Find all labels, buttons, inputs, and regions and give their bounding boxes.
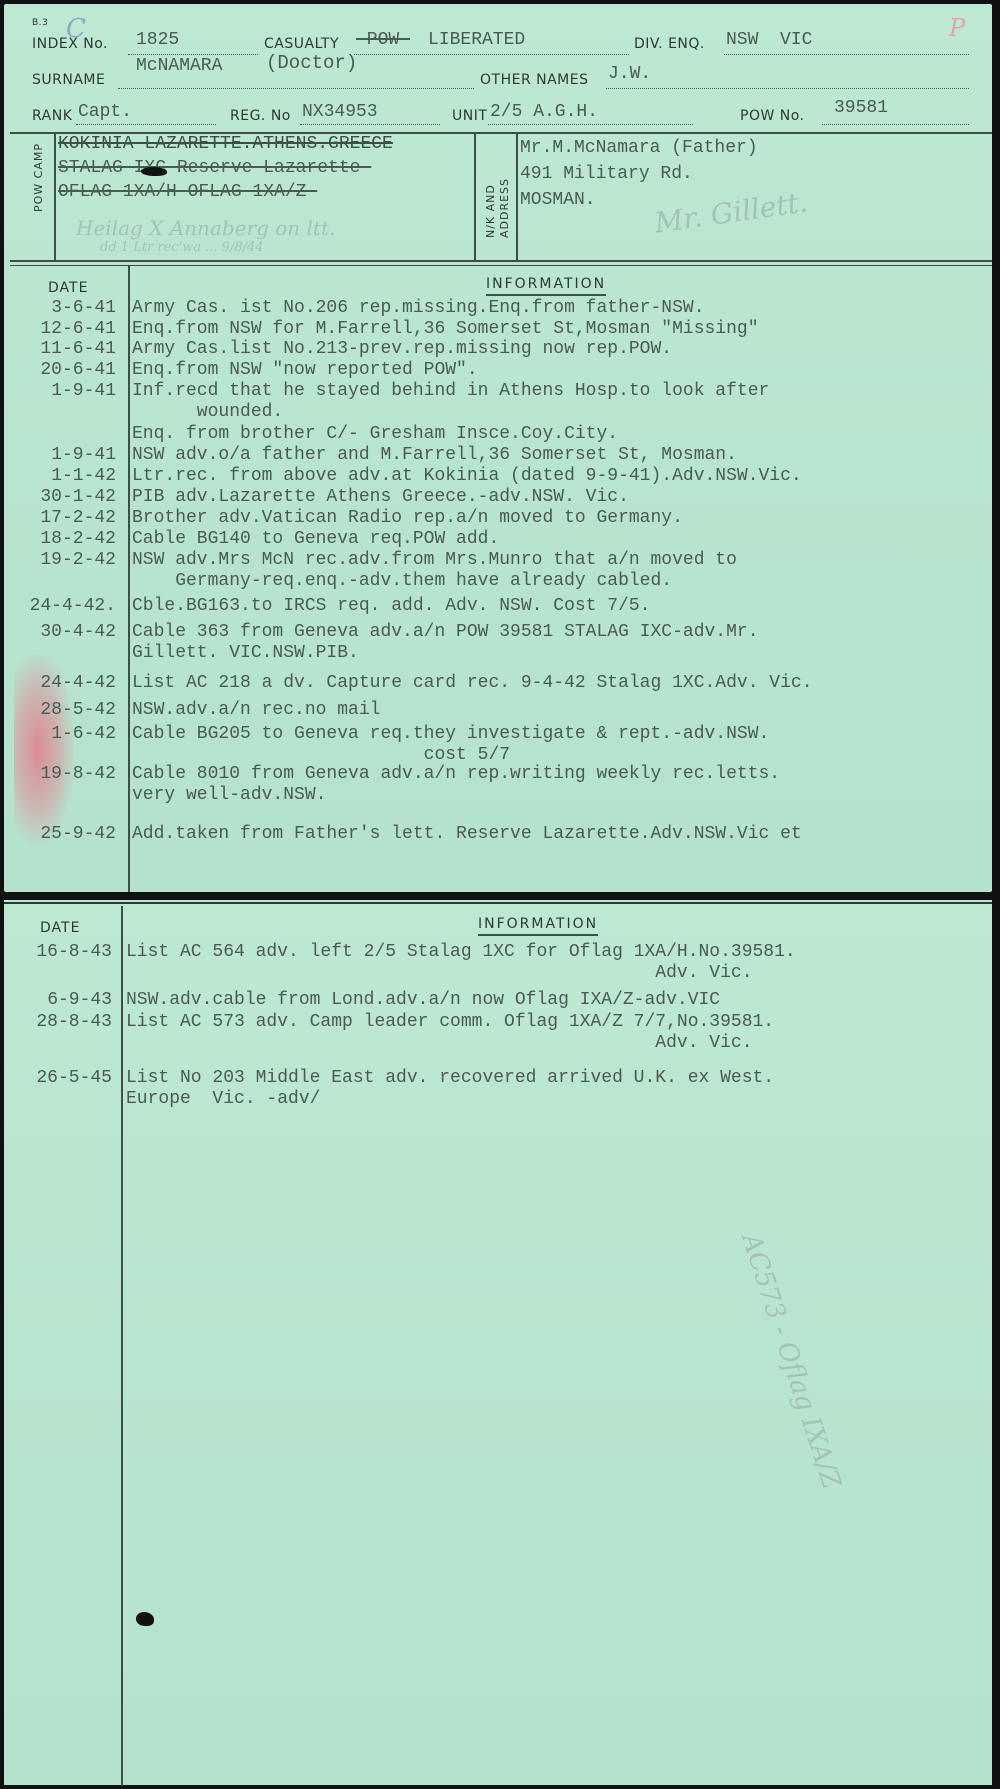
entry-info: Enq.from NSW for M.Farrell,36 Somerset S… — [132, 319, 759, 340]
back-pencil-note: AC573 - Oflag IXA/Z — [735, 1230, 846, 1492]
reg-no-dotline — [300, 124, 440, 125]
entry-info: Cable 363 from Geneva adv.a/n POW 39581 … — [132, 622, 759, 664]
entry-info: Ltr.rec. from above adv.at Kokinia (date… — [132, 466, 802, 487]
entry-date: 1-1-42 — [6, 466, 116, 486]
pow-camp-pencil-note-1: Heilag X Annaberg on ltt. — [76, 216, 335, 240]
entry-date: 24-4-42. — [6, 596, 116, 616]
entry-info: Inf.recd that he stayed behind in Athens… — [132, 381, 769, 423]
surname-value: McNAMARA — [136, 56, 222, 76]
entry-date: 16-8-43 — [2, 942, 112, 962]
form-code: B.3 — [32, 18, 48, 28]
entry-info: PIB adv.Lazarette Athens Greece.-adv.NSW… — [132, 487, 629, 508]
index-dotline — [128, 54, 258, 55]
ink-blot — [141, 167, 167, 176]
entry-date: 20-6-41 — [6, 360, 116, 380]
casualty-struck-value: -POW- — [356, 30, 410, 50]
entry-info: Cble.BG163.to IRCS req. add. Adv. NSW. C… — [132, 596, 650, 617]
pow-no-label: POW No. — [740, 108, 805, 124]
casualty-dotline — [354, 54, 629, 55]
date-column-divider — [121, 906, 123, 1786]
entry-date: 17-2-42 — [6, 508, 116, 528]
entry-info: Cable 8010 from Geneva adv.a/n rep.writi… — [132, 764, 780, 806]
entry-info: Cable BG205 to Geneva req.they investiga… — [132, 724, 769, 766]
entry-date: 28-8-43 — [2, 1012, 112, 1032]
entry-date: 26-5-45 — [2, 1068, 112, 1088]
red-pencil-mark: P — [949, 14, 965, 42]
entry-date: 12-6-41 — [6, 319, 116, 339]
divider-line — [516, 134, 518, 260]
unit-value: 2/5 A.G.H. — [490, 102, 598, 122]
nk-address-line-3: MOSMAN. — [520, 190, 596, 210]
record-card-back: DATE INFORMATION 16-8-43List AC 564 adv.… — [4, 900, 992, 1785]
entry-date: 24-4-42 — [6, 673, 116, 693]
nk-address-line-1: Mr.M.McNamara (Father) — [520, 138, 758, 158]
entry-info: Enq. from brother C/- Gresham Insce.Coy.… — [132, 424, 618, 445]
entry-date: 19-8-42 — [6, 764, 116, 784]
pow-camp-label: POW CAMP — [32, 143, 45, 212]
entry-date: 3-6-41 — [6, 298, 116, 318]
surname-label: SURNAME — [32, 72, 105, 88]
divider-line — [474, 134, 476, 260]
entry-info: List AC 573 adv. Camp leader comm. Oflag… — [126, 1012, 774, 1054]
entry-date: 19-2-42 — [6, 550, 116, 570]
casualty-value: LIBERATED — [428, 30, 525, 50]
entry-date: 1-9-41 — [6, 445, 116, 465]
surname-dotline — [118, 88, 474, 89]
entry-info: Cable BG140 to Geneva req.POW add. — [132, 529, 499, 550]
rank-label: RANK — [32, 108, 72, 124]
divider-line — [10, 265, 992, 266]
record-card-front: B.3 C P INDEX No. 1825 CASUALTY -POW- LI… — [4, 4, 992, 892]
entry-info: NSW adv.o/a father and M.Farrell,36 Some… — [132, 445, 737, 466]
div-enq-dotline — [724, 54, 969, 55]
entry-date: 1-9-41 — [6, 381, 116, 401]
information-column-header: INFORMATION — [478, 916, 598, 936]
entry-date: 6-9-43 — [2, 990, 112, 1010]
div-enq-value: NSW VIC — [726, 30, 812, 50]
index-label: INDEX No. — [32, 36, 108, 52]
entry-info: List AC 218 a dv. Capture card rec. 9-4-… — [132, 673, 813, 694]
entry-date: 30-4-42 — [6, 622, 116, 642]
entry-info: Enq.from NSW "now reported POW". — [132, 360, 478, 381]
reg-no-value: NX34953 — [302, 102, 378, 122]
pow-camp-line-3: OFLAG-1XA/H-OFLAG-1XA/Z- — [58, 182, 317, 202]
nk-pencil-note: Mr. Gillett. — [652, 185, 809, 239]
date-column-header: DATE — [40, 920, 80, 936]
entry-date: 28-5-42 — [6, 700, 116, 720]
pow-no-dotline — [822, 124, 969, 125]
divider-line — [4, 902, 992, 904]
date-column-header: DATE — [48, 280, 88, 296]
entry-date: 30-1-42 — [6, 487, 116, 507]
entry-date: 1-6-42 — [6, 724, 116, 744]
nk-address-label-2: ADDRESS — [498, 178, 511, 238]
pow-no-value: 39581 — [834, 98, 888, 118]
unit-dotline — [488, 124, 693, 125]
index-value: 1825 — [136, 30, 179, 50]
entry-date: 11-6-41 — [6, 339, 116, 359]
reg-no-label: REG. No — [230, 108, 291, 124]
entry-info: Army Cas. ist No.206 rep.missing.Enq.fro… — [132, 298, 705, 319]
information-column-header: INFORMATION — [486, 276, 606, 296]
date-column-divider — [128, 266, 130, 892]
pow-camp-pencil-note-2: dd 1 Ltr rec'wa ... 9/8/44 — [100, 240, 264, 255]
entry-info: Add.taken from Father's lett. Reserve La… — [132, 824, 802, 845]
entry-date: 25-9-42 — [6, 824, 116, 844]
entry-info: NSW.adv.cable from Lond.adv.a/n now Ofla… — [126, 990, 720, 1011]
nk-address-line-2: 491 Military Rd. — [520, 164, 693, 184]
entry-info: Army Cas.list No.213-prev.rep.missing no… — [132, 339, 672, 360]
pow-camp-line-2: STALAG IXC-Reserve-Lazarette- — [58, 158, 371, 178]
other-names-dotline — [606, 88, 969, 89]
entry-info: List No 203 Middle East adv. recovered a… — [126, 1068, 774, 1110]
entry-info: Brother adv.Vatican Radio rep.a/n moved … — [132, 508, 683, 529]
other-names-value: J.W. — [608, 64, 651, 84]
entry-info: NSW adv.Mrs McN rec.adv.from Mrs.Munro t… — [132, 550, 737, 592]
unit-label: UNIT — [452, 108, 487, 124]
nk-address-label-1: N/K AND — [484, 184, 497, 238]
casualty-label: CASUALTY — [264, 36, 339, 52]
entry-date: 18-2-42 — [6, 529, 116, 549]
divider-line — [54, 134, 56, 260]
rank-value: Capt. — [78, 102, 132, 122]
div-enq-label: DIV. ENQ. — [634, 36, 705, 52]
other-names-label: OTHER NAMES — [480, 72, 588, 88]
surname-note: (Doctor) — [266, 52, 357, 74]
divider-line — [10, 260, 992, 262]
rank-dotline — [76, 124, 216, 125]
pow-camp-line-1: KOKINIA LAZARETTE.ATHENS.GREECE — [58, 134, 393, 154]
entry-info: List AC 564 adv. left 2/5 Stalag 1XC for… — [126, 942, 796, 984]
entry-info: NSW.adv.a/n rec.no mail — [132, 700, 380, 721]
ink-blot — [136, 1612, 154, 1626]
